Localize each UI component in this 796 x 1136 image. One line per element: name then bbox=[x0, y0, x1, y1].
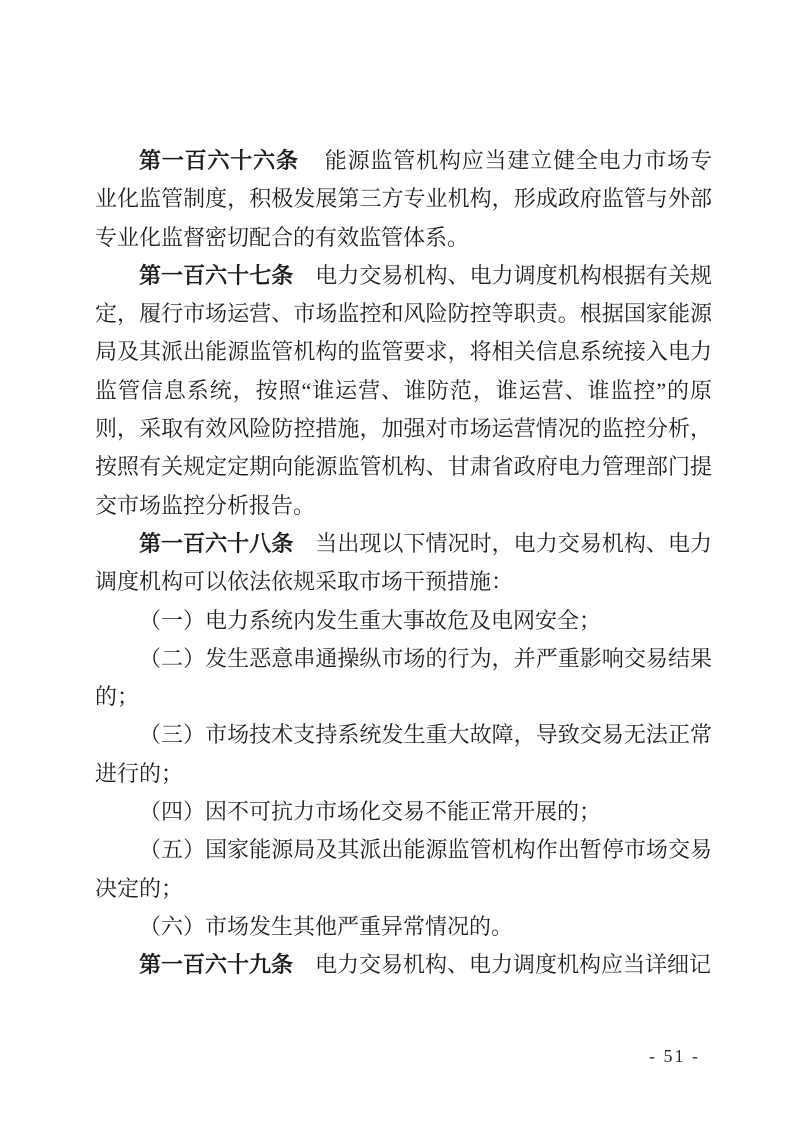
article-166-paragraph: 第一百六十六条能源监管机构应当建立健全电力市场专业化监管制度，积极发展第三方专业… bbox=[95, 142, 712, 257]
article-169-paragraph: 第一百六十九条电力交易机构、电力调度机构应当详细记 bbox=[95, 946, 712, 984]
list-item-5: （五）国家能源局及其派出能源监管机构作出暂停市场交易决定的； bbox=[95, 831, 712, 908]
article-168-number: 第一百六十八条 bbox=[139, 531, 293, 556]
page-number: - 51 - bbox=[649, 1046, 700, 1067]
article-168-paragraph: 第一百六十八条当出现以下情况时，电力交易机构、电力调度机构可以依法依规采取市场干… bbox=[95, 525, 712, 602]
article-167-text: 电力交易机构、电力调度机构根据有关规定，履行市场运营、市场监控和风险防控等职责。… bbox=[95, 263, 712, 518]
document-body: 第一百六十六条能源监管机构应当建立健全电力市场专业化监管制度，积极发展第三方专业… bbox=[95, 142, 712, 985]
article-169-number: 第一百六十九条 bbox=[139, 952, 293, 977]
document-page: 第一百六十六条能源监管机构应当建立健全电力市场专业化监管制度，积极发展第三方专业… bbox=[0, 0, 796, 1136]
article-167-paragraph: 第一百六十七条电力交易机构、电力调度机构根据有关规定，履行市场运营、市场监控和风… bbox=[95, 257, 712, 525]
article-166-number: 第一百六十六条 bbox=[139, 148, 299, 173]
list-item-6: （六）市场发生其他严重异常情况的。 bbox=[95, 908, 712, 946]
list-item-4: （四）因不可抗力市场化交易不能正常开展的； bbox=[95, 793, 712, 831]
article-169-text: 电力交易机构、电力调度机构应当详细记 bbox=[315, 952, 711, 977]
article-167-number: 第一百六十七条 bbox=[139, 263, 293, 288]
list-item-1: （一）电力系统内发生重大事故危及电网安全； bbox=[95, 602, 712, 640]
list-item-2: （二）发生恶意串通操纵市场的行为，并严重影响交易结果的； bbox=[95, 640, 712, 717]
list-item-3: （三）市场技术支持系统发生重大故障，导致交易无法正常进行的； bbox=[95, 716, 712, 793]
